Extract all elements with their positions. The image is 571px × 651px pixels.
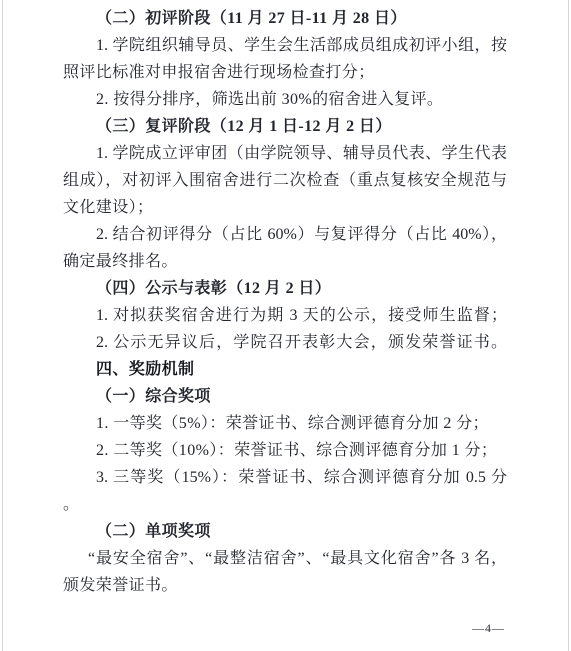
page-left-edge xyxy=(2,0,3,651)
list-item: 2. 结合初评得分（占比 60%）与复评得分（占比 40%）， xyxy=(63,221,507,248)
paragraph-continuation: 组成），对初评入围宿舍进行二次检查（重点复核安全规范与 xyxy=(63,167,507,194)
section-heading-preliminary: （二）初评阶段（11 月 27 日-11 月 28 日） xyxy=(63,5,507,32)
list-item: 1. 学院成立评审团（由学院领导、辅导员代表、学生代表 xyxy=(63,140,507,167)
paragraph-continuation: 颁发荣誉证书。 xyxy=(63,572,507,599)
page-right-edge xyxy=(568,0,569,651)
section-heading-review: （三）复评阶段（12 月 1 日-12 月 2 日） xyxy=(63,113,507,140)
list-item: 1. 一等奖（5%）：荣誉证书、综合测评德育分加 2 分； xyxy=(63,410,507,437)
list-item: 3. 三等奖（15%）：荣誉证书、综合测评德育分加 0.5 分 xyxy=(63,464,507,491)
paragraph-continuation: 文化建设）； xyxy=(63,194,507,221)
list-item: 1. 对拟获奖宿舍进行为期 3 天的公示，接受师生监督； xyxy=(63,302,507,329)
paragraph: “最安全宿舍”、“最整洁宿舍”、“最具文化宿舍”各 3 名， xyxy=(63,545,507,572)
paragraph-continuation: 。 xyxy=(63,491,507,518)
list-item: 2. 按得分排序，筛选出前 30%的宿舍进入复评。 xyxy=(63,86,507,113)
list-item: 1. 学院组织辅导员、学生会生活部成员组成初评小组，按 xyxy=(63,32,507,59)
paragraph-continuation: 确定最终排名。 xyxy=(63,248,507,275)
document-body: （二）初评阶段（11 月 27 日-11 月 28 日） 1. 学院组织辅导员、… xyxy=(63,5,507,599)
paragraph-continuation: 照评比标准对申报宿舍进行现场检查打分； xyxy=(63,59,507,86)
list-item: 2. 二等奖（10%）：荣誉证书、综合测评德育分加 1 分； xyxy=(63,437,507,464)
section-heading-single-award: （二）单项奖项 xyxy=(63,518,507,545)
document-page: （二）初评阶段（11 月 27 日-11 月 28 日） 1. 学院组织辅导员、… xyxy=(0,0,571,651)
footer-page-number: —4— xyxy=(472,615,505,642)
chapter-heading-rewards: 四、奖励机制 xyxy=(63,356,507,383)
list-item: 2. 公示无异议后，学院召开表彰大会，颁发荣誉证书。 xyxy=(63,329,507,356)
section-heading-publicity: （四）公示与表彰（12 月 2 日） xyxy=(63,275,507,302)
section-heading-comprehensive: （一）综合奖项 xyxy=(63,383,507,410)
